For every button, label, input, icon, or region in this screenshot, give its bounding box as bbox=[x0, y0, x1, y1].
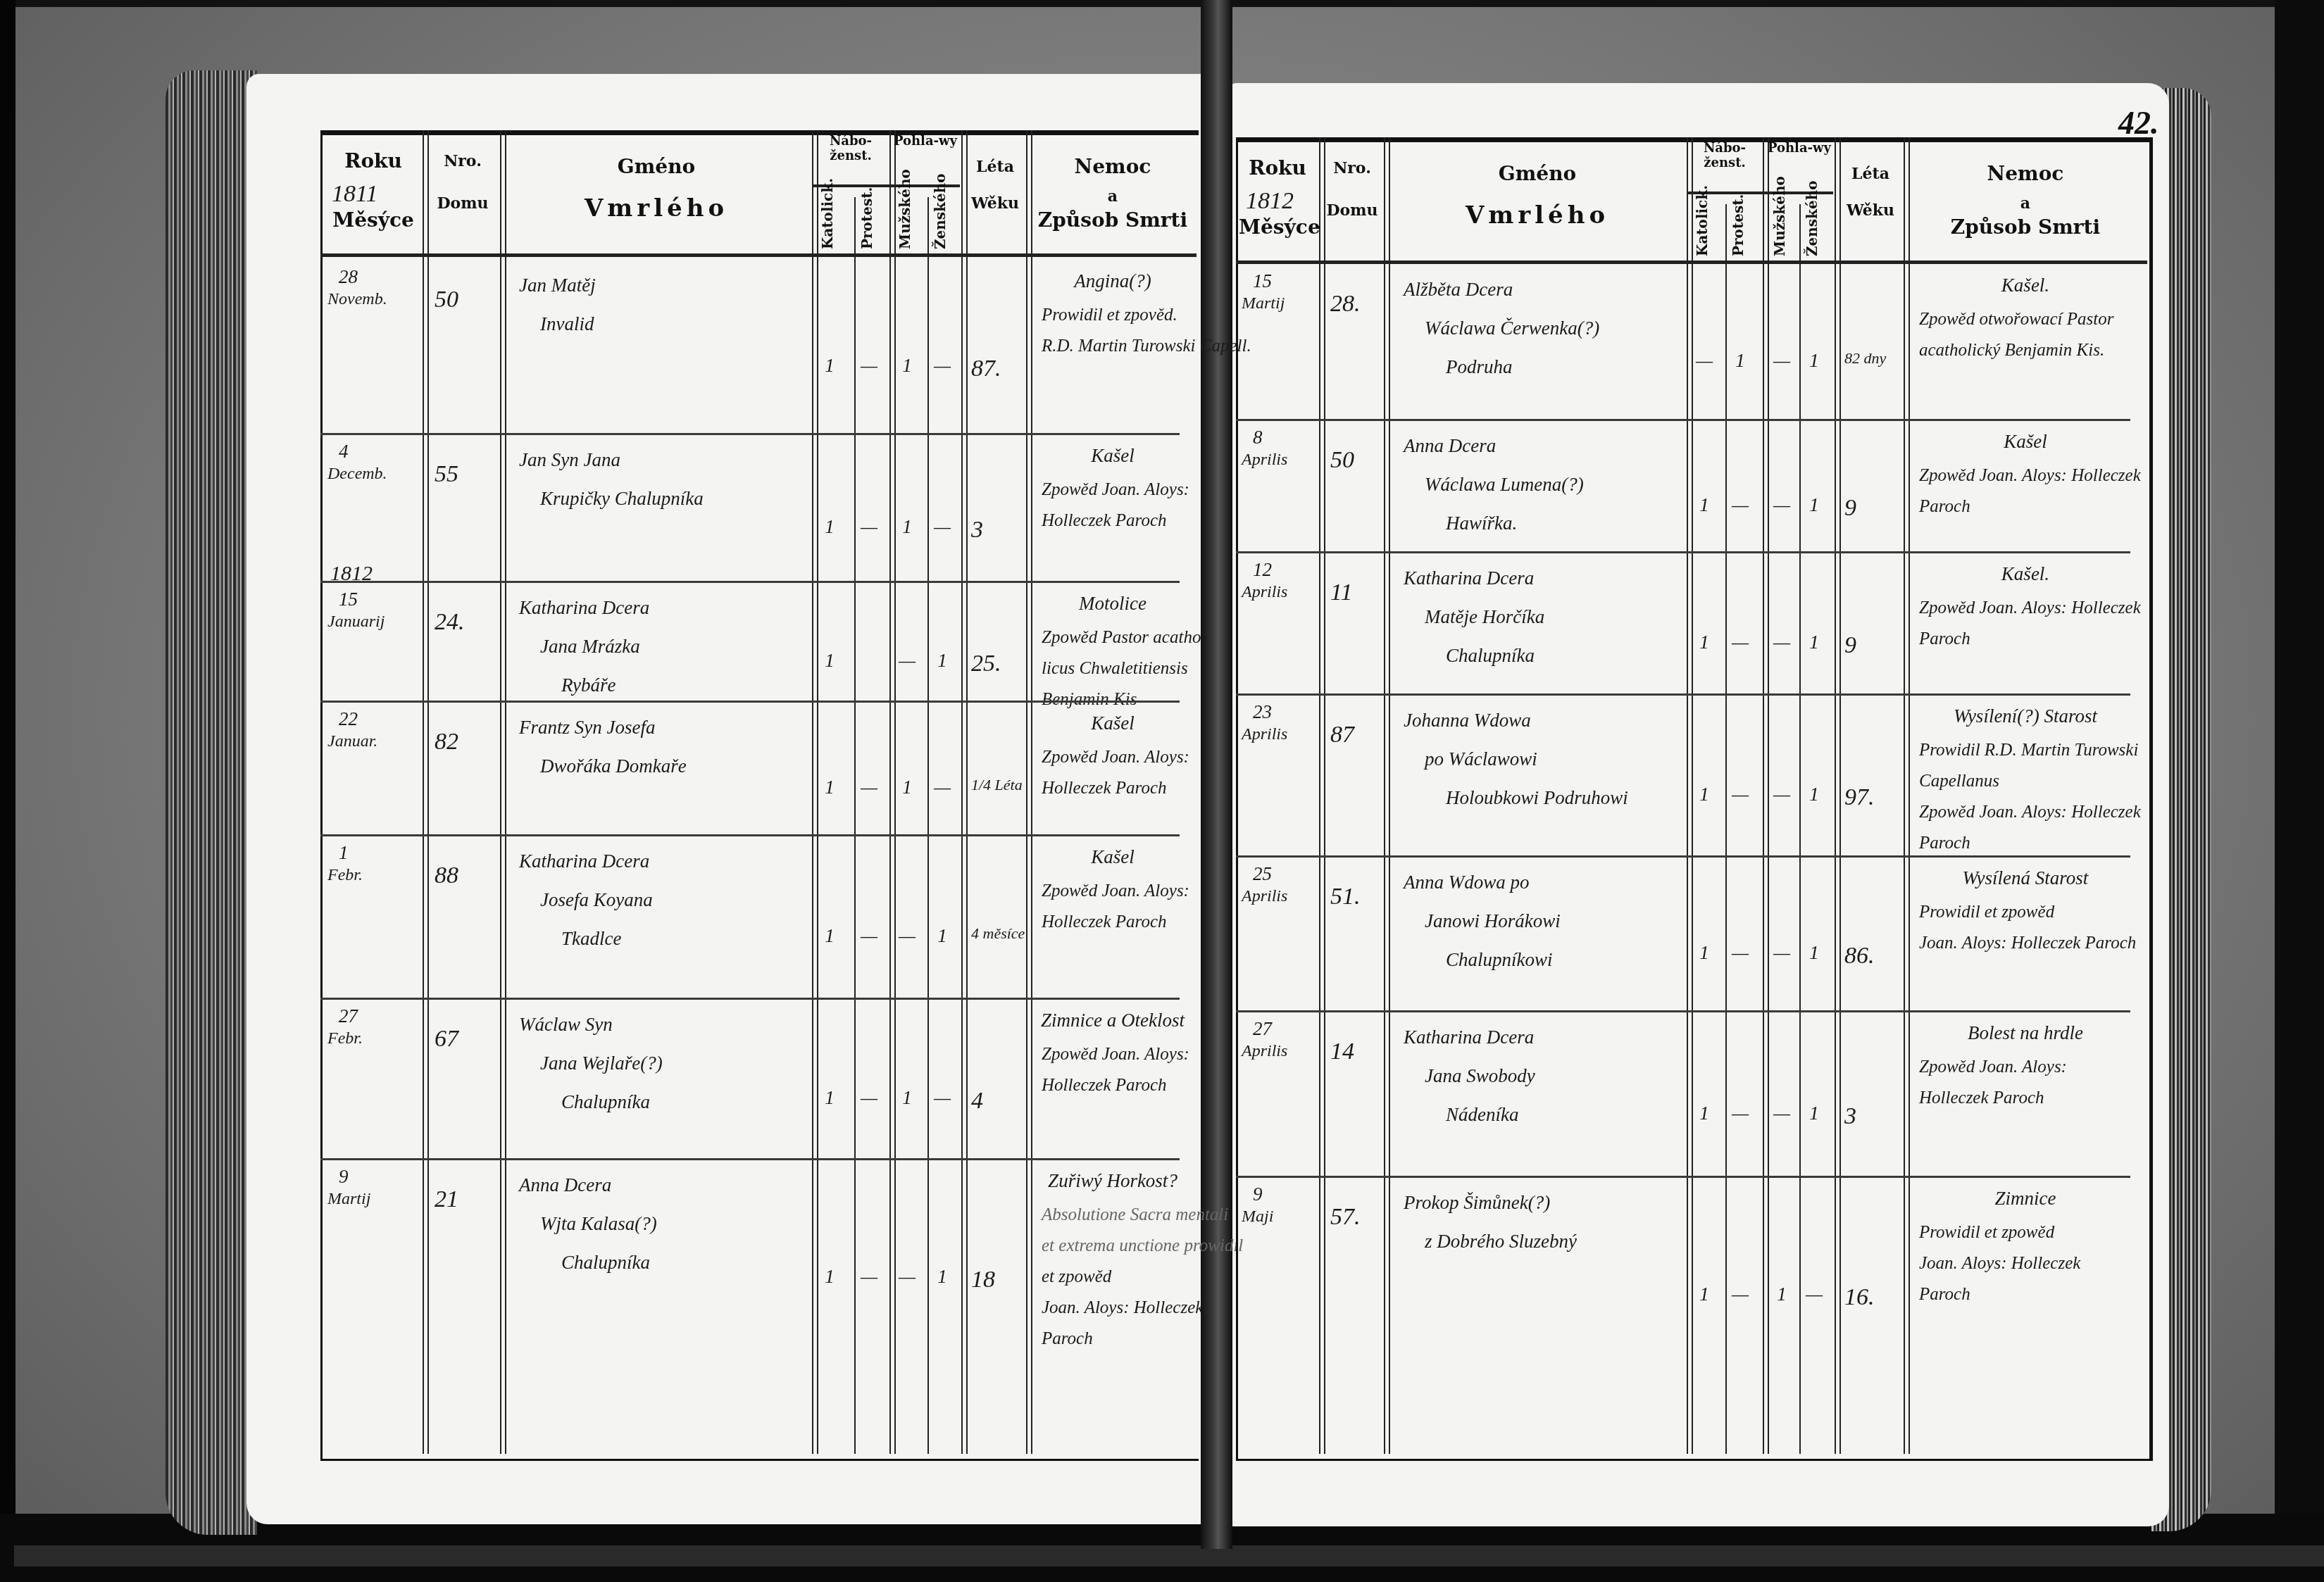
entry-name-line: Jana Mrázka bbox=[540, 634, 640, 659]
header-a: a bbox=[1909, 195, 2142, 213]
entry-note-line: Joan. Aloys: Holleczek Paroch bbox=[1919, 931, 2136, 955]
header-leta: Léta bbox=[1839, 165, 1902, 183]
register-entry: 23Aprilis87Johanna Wdowapo WáclawowiHolo… bbox=[1236, 693, 2151, 855]
entry-name-line: Matěje Horčíka bbox=[1425, 604, 1544, 629]
entry-note-line: Zpowěd Pastor acatho- bbox=[1042, 626, 1207, 650]
register-entry: 27Febr.67Wáclaw SynJana Wejlaře(?)Chalup… bbox=[320, 998, 1201, 1158]
entry-note-line: Joan. Aloys: Holleczek bbox=[1919, 1252, 2080, 1276]
entry-catholic: 1 bbox=[1692, 629, 1716, 655]
header-muzskeho: Mužského bbox=[897, 192, 915, 249]
entry-name-line: Wáclawa Čerwenka(?) bbox=[1425, 315, 1599, 341]
entry-catholic: 1 bbox=[818, 923, 842, 948]
entry-note-line: licus Chwaletitiensis bbox=[1042, 657, 1188, 681]
entry-month: Martij bbox=[1242, 292, 1285, 315]
entry-age: 16. bbox=[1844, 1281, 1875, 1314]
entry-note-line: et zpowěd bbox=[1042, 1265, 1111, 1289]
entry-day: 27 bbox=[1253, 1016, 1272, 1041]
header-katolick: Katolick. bbox=[819, 192, 837, 249]
entry-female: 1 bbox=[1802, 492, 1826, 517]
entry-name-line: Chalupníka bbox=[561, 1089, 650, 1115]
register-entry: 28Novemb.50Jan MatějInvalid1—1—87.Angina… bbox=[320, 258, 1201, 433]
entry-note-line: Paroch bbox=[1919, 495, 1970, 519]
entry-day: 15 bbox=[1253, 268, 1272, 294]
header-mesyce: Měsýce bbox=[325, 209, 422, 232]
entry-house: 50 bbox=[435, 284, 458, 316]
register-entry: 25Aprilis51.Anna Wdowa poJanowi Horákowi… bbox=[1236, 855, 2151, 1010]
entry-name-line: Josefa Koyana bbox=[540, 887, 653, 912]
entry-female: 1 bbox=[1802, 348, 1826, 373]
entry-day: 9 bbox=[339, 1164, 349, 1189]
header-year: 1812 bbox=[1246, 185, 1294, 218]
entry-protestant: — bbox=[857, 774, 881, 800]
entry-day: 28 bbox=[339, 264, 358, 289]
entry-note-line: Zpowěd Joan. Aloys: bbox=[1042, 746, 1189, 770]
entry-month: Januarij bbox=[327, 610, 385, 633]
entry-day: 8 bbox=[1253, 425, 1263, 450]
entry-age: 97. bbox=[1844, 781, 1875, 814]
entry-cause: Kašel. bbox=[1909, 561, 2142, 586]
entry-note-line: Paroch bbox=[1042, 1327, 1093, 1351]
entry-name-line: Anna Dcera bbox=[1404, 433, 1496, 458]
entry-name-line: po Wáclawowi bbox=[1425, 746, 1537, 772]
entry-name-line: Katharina Dcera bbox=[519, 595, 649, 620]
register-entry: 1Febr.88Katharina DceraJosefa KoyanaTkad… bbox=[320, 834, 1201, 998]
entry-name-line: Katharina Dcera bbox=[1404, 1024, 1534, 1050]
entry-name-line: Chalupníka bbox=[1446, 643, 1535, 668]
entry-catholic: 1 bbox=[818, 648, 842, 673]
entry-male: — bbox=[895, 648, 919, 673]
register-entry: 4Decemb.55Jan Syn JanaKrupičky Chalupník… bbox=[320, 433, 1201, 581]
entry-house: 50 bbox=[1330, 444, 1354, 477]
entry-cause: Angina(?) bbox=[1032, 268, 1194, 294]
header-gmeno: Gméno bbox=[1389, 163, 1685, 185]
entry-house: 21 bbox=[435, 1184, 458, 1216]
entry-month: Febr. bbox=[327, 1027, 363, 1050]
entry-note-line: R.D. Martin Turowski Capell. bbox=[1042, 334, 1251, 358]
entry-catholic: 1 bbox=[818, 1085, 842, 1110]
register-entry: 15Martij28.Alžběta DceraWáclawa Čerwenka… bbox=[1236, 263, 2151, 419]
entry-female: — bbox=[1802, 1281, 1826, 1307]
entry-cause: Bolest na hrdle bbox=[1909, 1020, 2142, 1046]
entry-male: — bbox=[1770, 492, 1794, 517]
header-umrleho: Vmrlého bbox=[1389, 202, 1685, 230]
entry-name-line: Wjta Kalasa(?) bbox=[540, 1211, 657, 1236]
entry-day: 15 bbox=[339, 586, 358, 612]
header-leta: Léta bbox=[966, 158, 1025, 176]
entry-protestant: — bbox=[857, 923, 881, 948]
entry-catholic: 1 bbox=[818, 774, 842, 800]
entry-house: 11 bbox=[1330, 577, 1352, 609]
header-domu: Domu bbox=[426, 195, 499, 213]
entry-day: 4 bbox=[339, 439, 349, 464]
entry-male: 1 bbox=[895, 774, 919, 800]
entry-name-line: Jan Syn Jana bbox=[519, 447, 620, 472]
entry-male: — bbox=[1770, 940, 1794, 965]
entry-female: 1 bbox=[1802, 629, 1826, 655]
header-nabozenst: Nábo-ženst. bbox=[1688, 142, 1761, 170]
register-entry: 12Aprilis11Katharina DceraMatěje Horčíka… bbox=[1236, 551, 2151, 693]
entry-month: Maji bbox=[1242, 1205, 1273, 1228]
entry-catholic: 1 bbox=[818, 514, 842, 539]
entry-name-line: Janowi Horákowi bbox=[1425, 908, 1561, 934]
entry-name-line: Johanna Wdowa bbox=[1404, 708, 1531, 733]
entry-age: 87. bbox=[971, 353, 1001, 385]
entry-cause: Wysílená Starost bbox=[1909, 865, 2142, 891]
entry-note-line: Zpowěd Joan. Aloys: Holleczek bbox=[1919, 464, 2141, 488]
entry-name-line: Chalupníka bbox=[561, 1250, 650, 1275]
entry-note-line: Zpowěd Joan. Aloys: Holleczek bbox=[1919, 801, 2141, 824]
entry-name-line: Wáclawa Lumena(?) bbox=[1425, 472, 1584, 497]
entry-protestant: — bbox=[1728, 1281, 1752, 1307]
entry-day: 23 bbox=[1253, 699, 1272, 724]
entry-catholic: 1 bbox=[818, 1264, 842, 1289]
entry-name-line: Jana Swobody bbox=[1425, 1063, 1535, 1088]
header-mesyce: Měsýce bbox=[1239, 216, 1316, 239]
entry-name-line: Podruha bbox=[1446, 354, 1513, 379]
header-katolick: Katolick. bbox=[1694, 199, 1712, 256]
entry-cause: Kašel bbox=[1909, 429, 2142, 454]
entry-note-line: Zpowěd Joan. Aloys: Holleczek bbox=[1919, 596, 2141, 620]
register-entry: 9Maji57.Prokop Šimůnek(?)z Dobrého Sluze… bbox=[1236, 1176, 2151, 1373]
header-nro: Nro. bbox=[1322, 160, 1382, 177]
entry-protestant: — bbox=[1728, 629, 1752, 655]
entry-name-line: Jana Wejlaře(?) bbox=[540, 1050, 663, 1076]
entry-male: — bbox=[895, 1264, 919, 1289]
entry-month: Aprilis bbox=[1242, 723, 1287, 746]
entry-protestant: — bbox=[857, 1264, 881, 1289]
scan-edge-left bbox=[0, 0, 15, 1582]
entry-female: 1 bbox=[930, 1264, 954, 1289]
entry-female: — bbox=[930, 774, 954, 800]
entry-day: 1 bbox=[339, 840, 349, 865]
entry-name-line: Alžběta Dcera bbox=[1404, 277, 1513, 302]
entry-house: 51. bbox=[1330, 881, 1361, 913]
entry-male: — bbox=[1770, 1100, 1794, 1126]
entry-cause: Zuřiwý Horkost? bbox=[1032, 1168, 1194, 1193]
entry-day: 22 bbox=[339, 706, 358, 732]
entry-note-line: Prowidil et zpowěd bbox=[1919, 1221, 2054, 1245]
page-number: 42. bbox=[2118, 104, 2159, 142]
entry-name-line: Katharina Dcera bbox=[1404, 565, 1534, 591]
entry-catholic: 1 bbox=[818, 353, 842, 378]
entry-male: 1 bbox=[1770, 1281, 1794, 1307]
entry-name-line: z Dobrého Sluzebný bbox=[1425, 1229, 1577, 1254]
entry-month: Januar. bbox=[327, 730, 377, 753]
entry-month: Decemb. bbox=[327, 463, 387, 485]
header-zenskeho: Ženského bbox=[1804, 199, 1822, 256]
entry-male: — bbox=[1770, 629, 1794, 655]
entry-catholic: 1 bbox=[1692, 1100, 1716, 1126]
entry-cause: Wysílení(?) Starost bbox=[1909, 703, 2142, 729]
entry-male: 1 bbox=[895, 353, 919, 378]
entry-day: 25 bbox=[1253, 861, 1272, 886]
entry-name-line: Nádeníka bbox=[1446, 1102, 1518, 1127]
entry-note-line: Holleczek Paroch bbox=[1042, 910, 1166, 934]
entry-protestant: — bbox=[857, 1085, 881, 1110]
entry-name-line: Holoubkowi Podruhowi bbox=[1446, 785, 1628, 810]
entry-name-line: Prokop Šimůnek(?) bbox=[1404, 1190, 1550, 1215]
entry-note-line: Zpowěd otwořowací Pastor bbox=[1919, 308, 2113, 332]
entry-name-line: Invalid bbox=[540, 311, 594, 337]
entry-age: 9 bbox=[1844, 629, 1856, 662]
header-pohlazwy: Pohla-wy bbox=[891, 134, 960, 149]
entry-protestant: — bbox=[857, 353, 881, 378]
entry-catholic: 1 bbox=[1692, 940, 1716, 965]
header-zpusob: Způsob Smrti bbox=[1909, 216, 2142, 239]
entry-note-line: Zpowěd Joan. Aloys: bbox=[1042, 1043, 1189, 1067]
entry-age: 86. bbox=[1844, 940, 1875, 972]
entry-note-line: Holleczek Paroch bbox=[1042, 1074, 1166, 1098]
header-protest: Protest. bbox=[1730, 199, 1748, 256]
entry-note-line: Prowidil et zpověd. bbox=[1042, 303, 1177, 327]
entry-note-line: Capellanus bbox=[1919, 770, 1999, 793]
entry-month: Aprilis bbox=[1242, 885, 1287, 908]
entry-catholic: — bbox=[1692, 348, 1716, 373]
entry-note-line: Paroch bbox=[1919, 627, 1970, 651]
entry-name-line: Hawířka. bbox=[1446, 510, 1517, 536]
header-weku: Wěku bbox=[1839, 202, 1902, 220]
entry-house: 82 bbox=[435, 726, 458, 758]
entry-name-line: Tkadlce bbox=[561, 926, 621, 951]
entry-protestant: — bbox=[1728, 940, 1752, 965]
register-table-left: Roku1811MěsýceNro.DomuGménoVmrléhoNábo-ž… bbox=[320, 130, 1201, 1454]
header-roku: Roku bbox=[325, 150, 422, 172]
entry-note-line: Paroch bbox=[1919, 1283, 1970, 1307]
entry-cause: Kašel bbox=[1032, 710, 1194, 736]
entry-house: 87 bbox=[1330, 719, 1354, 751]
entry-note-line: Prowidil R.D. Martin Turowski bbox=[1919, 739, 2138, 762]
header-nemoc: Nemoc bbox=[1032, 156, 1194, 178]
entry-month: Aprilis bbox=[1242, 448, 1287, 471]
entry-month: Aprilis bbox=[1242, 581, 1287, 603]
register-entry: 8Aprilis50Anna DceraWáclawa Lumena(?)Haw… bbox=[1236, 419, 2151, 551]
register-entry: 27Aprilis14Katharina DceraJana SwobodyNá… bbox=[1236, 1010, 2151, 1176]
entry-male: 1 bbox=[895, 514, 919, 539]
entry-female: — bbox=[930, 514, 954, 539]
book-fore-edge-left bbox=[165, 70, 257, 1535]
entry-catholic: 1 bbox=[1692, 781, 1716, 807]
entry-note-line: Zpowěd Joan. Aloys: bbox=[1042, 879, 1189, 903]
entry-note-line: Zpowěd Joan. Aloys: bbox=[1919, 1055, 2067, 1079]
entry-note-line: et extrema unctione prowidil bbox=[1042, 1234, 1243, 1258]
entry-house: 57. bbox=[1330, 1201, 1361, 1233]
entry-note-line: Holleczek Paroch bbox=[1042, 509, 1166, 533]
entry-age: 25. bbox=[971, 648, 1001, 680]
entry-female: 1 bbox=[1802, 1100, 1826, 1126]
entry-house: 67 bbox=[435, 1023, 458, 1055]
header-rule bbox=[320, 253, 1197, 257]
entry-house: 88 bbox=[435, 860, 458, 892]
header-protest: Protest. bbox=[858, 192, 877, 249]
entry-note-line: Holleczek Paroch bbox=[1042, 777, 1166, 801]
entry-day: 12 bbox=[1253, 557, 1272, 582]
entry-name-line: Anna Wdowa po bbox=[1404, 870, 1530, 895]
entry-cause: Motolice bbox=[1032, 591, 1194, 616]
header-year: 1811 bbox=[332, 178, 377, 211]
scan-edge-top bbox=[0, 0, 2324, 7]
entry-male: — bbox=[1770, 781, 1794, 807]
entry-protestant: — bbox=[1728, 1100, 1752, 1126]
entry-name-line: Chalupníkowi bbox=[1446, 947, 1553, 972]
entry-age: 1/4 Léta bbox=[971, 774, 1023, 796]
entry-name-line: Frantz Syn Josefa bbox=[519, 715, 655, 740]
entry-house: 28. bbox=[1330, 288, 1361, 320]
entry-house: 24. bbox=[435, 606, 465, 639]
header-weku: Wěku bbox=[966, 195, 1025, 213]
entry-name-line: Jan Matěj bbox=[519, 272, 596, 298]
entry-note-line: acatholický Benjamin Kis. bbox=[1919, 339, 2104, 363]
entry-name-line: Katharina Dcera bbox=[519, 848, 649, 874]
entry-name-line: Dwořáka Domkaře bbox=[540, 753, 687, 779]
entry-age: 3 bbox=[971, 514, 983, 546]
entry-age: 9 bbox=[1844, 492, 1856, 525]
entry-female: 1 bbox=[930, 648, 954, 673]
entry-protestant: — bbox=[1728, 781, 1752, 807]
header-umrleho: Vmrlého bbox=[505, 195, 808, 222]
entry-note-line: Paroch bbox=[1919, 831, 1970, 855]
register-entry: 9Martij21Anna DceraWjta Kalasa(?)Chalupn… bbox=[320, 1158, 1201, 1355]
entry-month: Novemb. bbox=[327, 288, 387, 310]
entry-female: — bbox=[930, 353, 954, 378]
header-nro: Nro. bbox=[426, 153, 499, 170]
header-zpusob: Způsob Smrti bbox=[1032, 209, 1194, 232]
entry-cause: Zimnice a Oteklost bbox=[1032, 1007, 1194, 1033]
header-nemoc: Nemoc bbox=[1909, 163, 2142, 185]
entry-name-line: Rybáře bbox=[561, 672, 616, 698]
entry-house: 55 bbox=[435, 458, 458, 491]
entry-name-line: Krupičky Chalupníka bbox=[540, 486, 704, 511]
entry-house: 14 bbox=[1330, 1036, 1354, 1068]
entry-female: 1 bbox=[1802, 781, 1826, 807]
entry-male: — bbox=[1770, 348, 1794, 373]
header-nabozenst: Nábo-ženst. bbox=[813, 134, 888, 163]
entry-year-mark: 1812 bbox=[330, 560, 373, 589]
scan-edge-right bbox=[2275, 0, 2324, 1582]
entry-age: 3 bbox=[1844, 1100, 1856, 1133]
entry-protestant: — bbox=[857, 514, 881, 539]
entry-male: 1 bbox=[895, 1085, 919, 1110]
entry-male: — bbox=[895, 923, 919, 948]
entry-day: 9 bbox=[1253, 1181, 1263, 1207]
entry-female: 1 bbox=[930, 923, 954, 948]
entry-note-line: Prowidil et zpowěd bbox=[1919, 900, 2054, 924]
book-gutter bbox=[1201, 0, 1232, 1549]
entry-note-line: Joan. Aloys: Holleczek bbox=[1042, 1296, 1203, 1320]
register-entry: 22Januar.82Frantz Syn JosefaDwořáka Domk… bbox=[320, 701, 1201, 834]
register-table-right: Roku1812MěsýceNro.DomuGménoVmrléhoNábo-ž… bbox=[1236, 137, 2151, 1454]
header-zenskeho: Ženského bbox=[932, 192, 950, 249]
header-gmeno: Gméno bbox=[505, 156, 808, 178]
entry-note-line: Zpowěd Joan. Aloys: bbox=[1042, 478, 1189, 502]
entry-catholic: 1 bbox=[1692, 492, 1716, 517]
entry-month: Febr. bbox=[327, 864, 363, 886]
header-domu: Domu bbox=[1322, 202, 1382, 220]
entry-age: 4 bbox=[971, 1085, 983, 1117]
entry-age: 4 měsíce bbox=[971, 923, 1025, 944]
entry-name-line: Anna Dcera bbox=[519, 1172, 611, 1198]
entry-cause: Kašel. bbox=[1909, 272, 2142, 298]
entry-protestant: 1 bbox=[1728, 348, 1752, 373]
entry-cause: Kašel bbox=[1032, 443, 1194, 468]
entry-note-line: Absolutione Sacra mentali bbox=[1042, 1203, 1228, 1227]
entry-cause: Zimnice bbox=[1909, 1186, 2142, 1211]
header-a: a bbox=[1032, 188, 1194, 206]
entry-note-line: Holleczek Paroch bbox=[1919, 1086, 2044, 1110]
header-muzskeho: Mužského bbox=[1771, 199, 1789, 256]
entry-protestant: — bbox=[1728, 492, 1752, 517]
entry-name-line: Wáclaw Syn bbox=[519, 1012, 613, 1037]
entry-month: Aprilis bbox=[1242, 1040, 1287, 1062]
entry-female: — bbox=[930, 1085, 954, 1110]
entry-female: 1 bbox=[1802, 940, 1826, 965]
entry-age: 18 bbox=[971, 1264, 995, 1296]
header-roku: Roku bbox=[1239, 157, 1316, 180]
header-pohlazwy: Pohla-wy bbox=[1766, 142, 1833, 156]
ruler-strip bbox=[14, 1545, 2324, 1567]
entry-age: 82 dny bbox=[1844, 348, 1886, 369]
entry-catholic: 1 bbox=[1692, 1281, 1716, 1307]
entry-day: 27 bbox=[339, 1003, 358, 1029]
entry-month: Martij bbox=[327, 1188, 370, 1210]
register-entry: 151812Januarij24.Katharina DceraJana Mrá… bbox=[320, 581, 1201, 701]
entry-cause: Kašel bbox=[1032, 844, 1194, 870]
